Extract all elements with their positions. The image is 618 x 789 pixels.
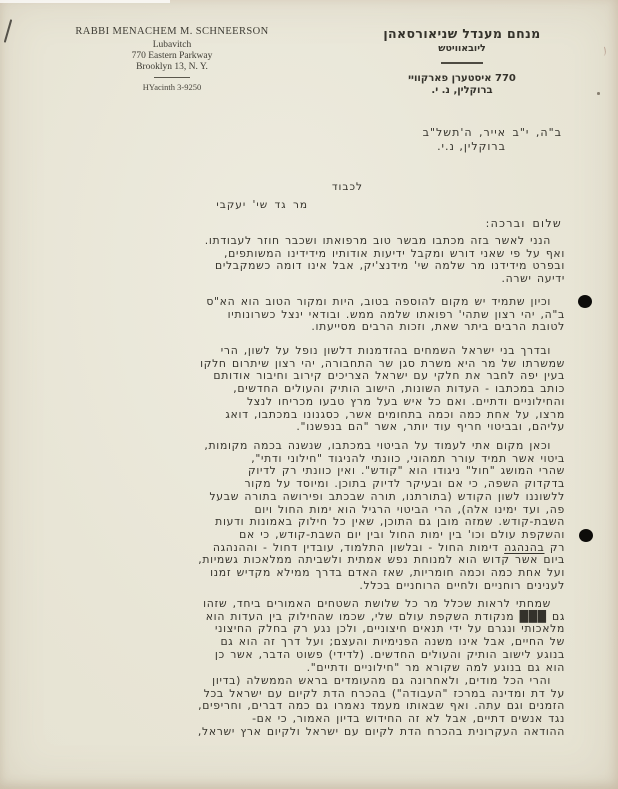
body-line: של החיים, אבל אינו משנה הפנימיות והעצם; … bbox=[45, 636, 565, 649]
letterhead-english-name: RABBI MENACHEM M. SCHNEERSON bbox=[56, 26, 288, 37]
body-line: ובפרט מידידנו מר שלמה שי' מידנצ'יק, אבל … bbox=[45, 260, 565, 273]
letterhead-english: RABBI MENACHEM M. SCHNEERSON Lubavitch 7… bbox=[56, 26, 288, 92]
date-place: ברוקלין, נ.י. bbox=[423, 140, 506, 153]
underlined-text: בהנהגה bbox=[504, 541, 544, 554]
body-line: לטובת הרבים ביתר שאת, וזכות הרבים מסייעת… bbox=[45, 321, 565, 334]
pen-curve-mark bbox=[600, 47, 607, 57]
letterhead-english-phone: HYacinth 3-9250 bbox=[56, 82, 288, 92]
body-line: הוא גם בנוגע למה שקורא מר "חילוניים ודתי… bbox=[45, 662, 565, 675]
body-line: וכאן מקום אתי לעמוד על הביטוי במכתבו, שנ… bbox=[45, 440, 565, 453]
letterhead-english-address1: 770 Eastern Parkway bbox=[56, 51, 288, 61]
letterhead-rule bbox=[441, 62, 483, 64]
body-line: ובדרך בני ישראל השמחים בהזדמנות דלשון נו… bbox=[45, 345, 565, 358]
body-line: הנני לאשר בזה מכתבו מבשר טוב מרפואתו ושכ… bbox=[45, 235, 565, 248]
body-line: נגד אנשים דתיים, אבל לא זה החידוש בדיון … bbox=[45, 713, 565, 726]
body-line: עליהם, ובביטוי חריף עוד יותר, אשר "הם בנ… bbox=[45, 421, 565, 434]
salutation: לכבוד bbox=[332, 181, 363, 193]
scan-edge-highlight bbox=[0, 0, 170, 3]
body-paragraph: וכיון שתמיד יש מקום להוספה בטוב, היות ומ… bbox=[45, 296, 565, 334]
hole-punch-dot bbox=[579, 529, 593, 542]
letterhead-hebrew: מנחם מענדל שניאורסאהן ליובאוויטש 770 איס… bbox=[382, 26, 542, 96]
body-line: ועל אחת כמה וכמה חומריות, שאז האדם בדרך … bbox=[45, 567, 565, 580]
date-hebrew: ב"ה, י"ב אייר, ה'תשל"ב bbox=[423, 126, 562, 139]
body-paragraph: ובדרך בני ישראל השמחים בהזדמנות דלשון נו… bbox=[45, 345, 565, 434]
letter-body: הנני לאשר בזה מכתבו מבשר טוב מרפואתו ושכ… bbox=[45, 235, 565, 789]
letterhead-hebrew-address1: 770 איסטערן פארקוויי bbox=[382, 73, 542, 84]
body-line: שמחתי לראות שכלל מר כל שלושת השטחים האמו… bbox=[45, 598, 565, 611]
body-line: והחילוניים ודתיים. ואם כל איש בעל מרץ טב… bbox=[45, 396, 565, 409]
body-paragraph: הנני לאשר בזה מכתבו מבשר טוב מרפואתו ושכ… bbox=[45, 235, 565, 286]
pen-slash-mark bbox=[4, 19, 13, 43]
body-line: ידיעה ישרה. bbox=[45, 273, 565, 286]
body-paragraph: שמחתי לראות שכלל מר כל שלושת השטחים האמו… bbox=[45, 598, 565, 674]
hole-punch-dot bbox=[578, 295, 592, 308]
body-line: לענינים רוחניים ולחיים הרוחניים בכלל. bbox=[45, 580, 565, 593]
body-paragraph: וכאן מקום אתי לעמוד על הביטוי במכתבו, שנ… bbox=[45, 440, 565, 592]
body-line: ללשוננו לשון הקודש (בתורתנו, תורה שבכתב … bbox=[45, 491, 565, 504]
letterhead-english-address2: Brooklyn 13, N. Y. bbox=[56, 62, 288, 72]
body-line: וכיון שתמיד יש מקום להוספה בטוב, היות ומ… bbox=[45, 296, 565, 309]
ink-speck bbox=[597, 92, 600, 95]
body-paragraph: והרי הכל מודים, ולאחרונה גם מהעומדים ברא… bbox=[45, 675, 565, 739]
letterhead-english-org: Lubavitch bbox=[56, 40, 288, 50]
body-line: ההודאה העקרונית בהכרח הדת לקיום עם ישראל… bbox=[45, 726, 565, 739]
letterhead-hebrew-address2: ברוקלין, נ. י. bbox=[382, 85, 542, 96]
body-line: והרי הכל מודים, ולאחרונה גם מהעומדים ברא… bbox=[45, 675, 565, 688]
body-line: בדקדוק השפה, כי אם ובעיקר לדיוק בתוכן. ו… bbox=[45, 478, 565, 491]
recipient-name: מר גד שי' יעקבי bbox=[216, 199, 308, 211]
greeting: שלום וברכה: bbox=[486, 217, 562, 230]
letter-page: RABBI MENACHEM M. SCHNEERSON Lubavitch 7… bbox=[0, 0, 618, 789]
body-line: בנוגע לישוב הותיק והעולים החדשים. (לדידי… bbox=[45, 649, 565, 662]
dateline: ב"ה, י"ב אייר, ה'תשל"ב ברוקלין, נ.י. bbox=[423, 126, 562, 153]
letterhead-rule bbox=[154, 77, 190, 78]
body-line: כותב במכתבו - העדות השונות, הישוב הותיק … bbox=[45, 383, 565, 396]
letterhead-hebrew-name: מנחם מענדל שניאורסאהן bbox=[382, 26, 542, 41]
letterhead-hebrew-org: ליובאוויטש bbox=[382, 43, 542, 54]
